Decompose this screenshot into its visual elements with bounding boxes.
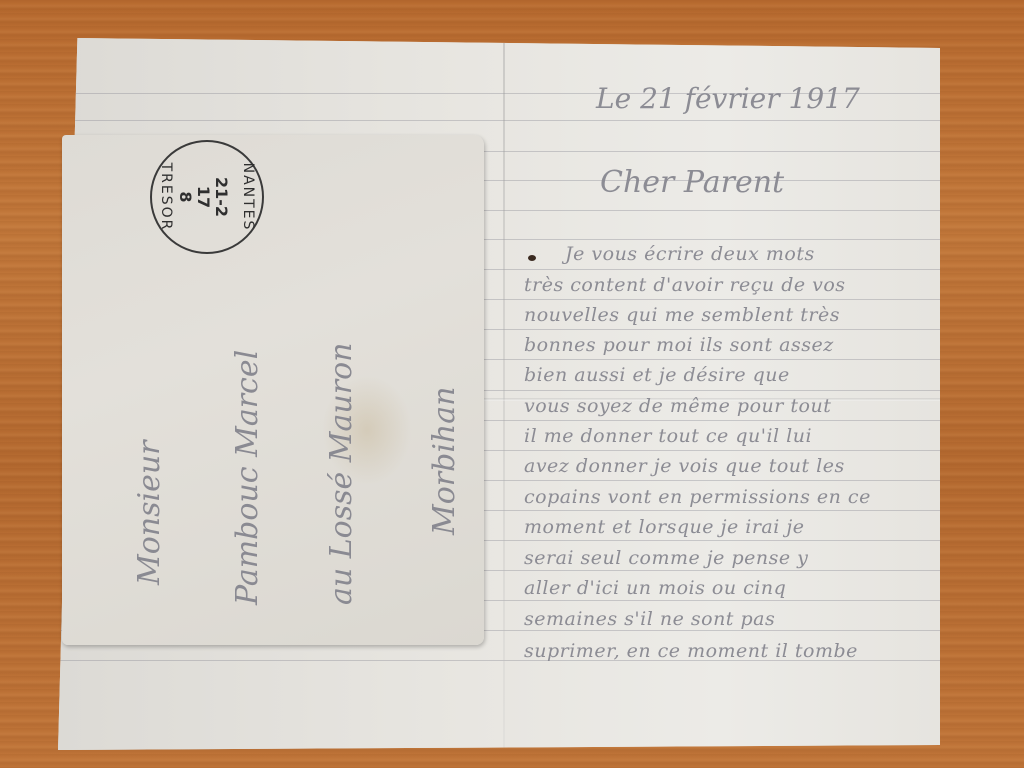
postmark-date-block: 21-2 17 8	[176, 142, 230, 252]
letter-line: vous soyez de même pour tout	[524, 395, 831, 417]
letter-line: bonnes pour moi ils sont assez	[524, 334, 834, 356]
letter-line: copains vont en permissions en ce	[524, 486, 871, 508]
postmark-office: TRESOR	[158, 142, 174, 252]
postmark-date: 21-2	[212, 142, 230, 252]
address-line: Morbihan	[427, 387, 462, 535]
address-line: Pambouc Marcel	[230, 350, 265, 605]
letter-line: aller d'ici un mois ou cinq	[524, 577, 786, 599]
envelope: Monsieur Pambouc Marcel au Lossé Mauron …	[62, 135, 484, 645]
letter-line: suprimer, en ce moment il tombe	[524, 640, 858, 662]
postmark-year: 17	[194, 142, 212, 252]
ink-blot	[528, 255, 536, 261]
address-line: au Lossé Mauron	[324, 343, 359, 605]
letter-date: Le 21 février 1917	[596, 82, 860, 115]
letter-line: Je vous écrire deux mots	[565, 243, 815, 265]
letter-line: nouvelles qui me semblent très	[524, 304, 840, 326]
letter-line: très content d'avoir reçu de vos	[524, 274, 846, 296]
postmark-city: NANTES	[240, 142, 256, 252]
address-line: Monsieur	[132, 440, 167, 585]
letter-salutation: Cher Parent	[600, 165, 784, 200]
letter-line: il me donner tout ce qu'il lui	[524, 425, 812, 447]
postmark-stamp: NANTES 21-2 17 8 TRESOR	[150, 140, 264, 254]
letter-line: avez donner je vois que tout les	[524, 455, 845, 477]
letter-line: semaines s'il ne sont pas	[524, 608, 775, 630]
letter-line: moment et lorsque je irai je	[524, 516, 805, 538]
ruled-line	[58, 120, 940, 121]
vertical-fold	[503, 38, 505, 750]
letter-line: serai seul comme je pense y	[524, 547, 808, 569]
postmark-number: 8	[176, 142, 194, 252]
letter-line: bien aussi et je désire que	[524, 364, 790, 386]
